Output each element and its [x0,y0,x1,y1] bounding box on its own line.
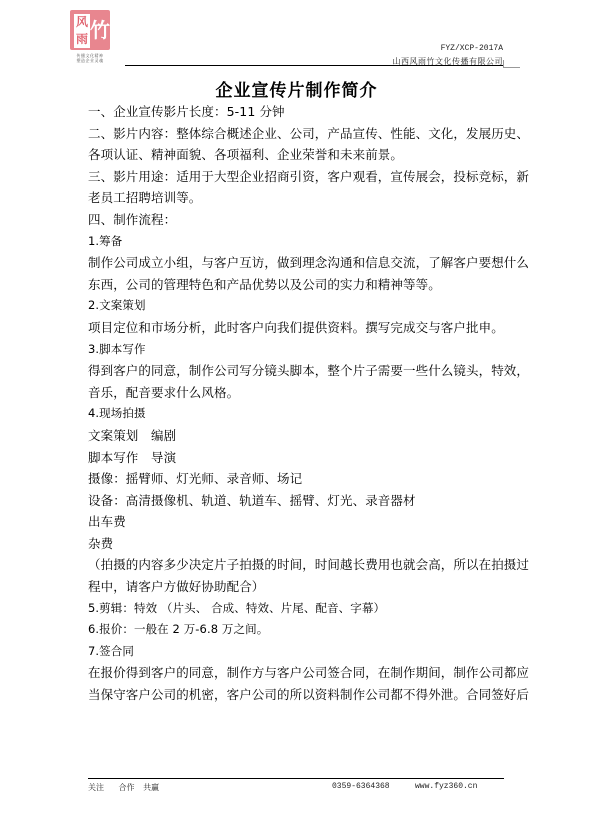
paragraph-line: 老员工招聘培训等。 [88,187,508,209]
footer-phone: 0359-6364368 [332,782,390,791]
paragraph-line: 程中，请客户方做好协助配合） [88,576,508,598]
footer-website: www.fyz360.cn [415,782,477,791]
paragraph-line: 三、影片用途：适用于大型企业招商引资，客户观看，宣传展会，投标竞标，新 [88,166,508,188]
paragraph-line: 一、企业宣传影片长度：5-11 分钟 [88,101,508,123]
document-code: FYZ/XCP-2017A [441,44,503,53]
step-heading: 6.报价：一般在 2 万-6.8 万之间。 [88,619,508,641]
step-heading: 5.剪辑：特效 （片头、 合成、特效、片尾、配音、字幕） [88,598,508,620]
slogan-word: 共赢 [143,783,159,792]
logo-char-feng: 风 [76,16,88,29]
logo-inner-panel: 风 雨 [73,13,91,49]
footer-divider [88,778,504,779]
step-heading: 7.签合同 [88,641,508,663]
page-title: 企业宣传片制作简介 [0,76,593,101]
paragraph-line: 各项认证、精神面貌、各项福利、企业荣誉和未来前景。 [88,144,508,166]
section-heading: 四、制作流程： [88,209,508,231]
paragraph-line: 当保守客户公司的机密，客户公司的所以资料制作公司都不得外泄。合同签好后 [88,684,508,706]
margin-marker-horizontal [503,67,520,68]
logo-seal: 风 雨 竹 [70,10,110,50]
header-divider [125,65,504,66]
paragraph-line: 音乐，配音要求什么风格。 [88,382,508,404]
document-body: 一、企业宣传影片长度：5-11 分钟 二、影片内容：整体综合概述企业、公司，产品… [88,101,508,706]
step-heading: 4.现场拍摄 [88,403,508,425]
paragraph-line: 二、影片内容：整体综合概述企业、公司，产品宣传、性能、文化，发展历史、 [88,123,508,145]
logo-tagline: 传播文化精神 塑造企业灵魂 [70,53,110,63]
paragraph-line: 东西，公司的管理特色和产品优势以及公司的实力和精神等等。 [88,274,508,296]
step-heading: 1.筹备 [88,231,508,253]
paragraph-line: 杂费 [88,533,508,555]
step-heading: 3.脚本写作 [88,339,508,361]
paragraph-line: 脚本写作 导演 [88,447,508,469]
paragraph-line: 出车费 [88,511,508,533]
footer-slogan: 关注 合作 共赢 [88,782,169,793]
paragraph-line: 摄像：摇臂师、灯光师、录音师、场记 [88,468,508,490]
logo-tagline-2: 塑造企业灵魂 [70,58,110,63]
paragraph-line: 设备：高清摄像机、轨道、轨道车、摇臂、灯光、录音器材 [88,490,508,512]
paragraph-line: 项目定位和市场分析，此时客户向我们提供资料。撰写完成交与客户批申。 [88,317,508,339]
paragraph-line: 得到客户的同意，制作公司写分镜头脚本，整个片子需要一些什么镜头，特效， [88,360,508,382]
slogan-word: 合作 [119,783,135,792]
paragraph-line: （拍摄的内容多少决定片子拍摄的时间，时间越长费用也就会高，所以在拍摄过 [88,554,508,576]
slogan-word: 关注 [88,783,104,792]
company-logo: 风 雨 竹 传播文化精神 塑造企业灵魂 [70,10,110,66]
logo-char-zhu: 竹 [90,13,108,47]
paragraph-line: 文案策划 编剧 [88,425,508,447]
step-heading: 2.文案策划 [88,295,508,317]
paragraph-line: 在报价得到客户的同意，制作方与客户公司签合同，在制作期间，制作公司都应 [88,662,508,684]
margin-marker-vertical [503,60,504,67]
paragraph-line: 制作公司成立小组，与客户互访，做到理念沟通和信息交流，了解客户要想什么 [88,252,508,274]
logo-char-yu: 雨 [76,33,88,46]
